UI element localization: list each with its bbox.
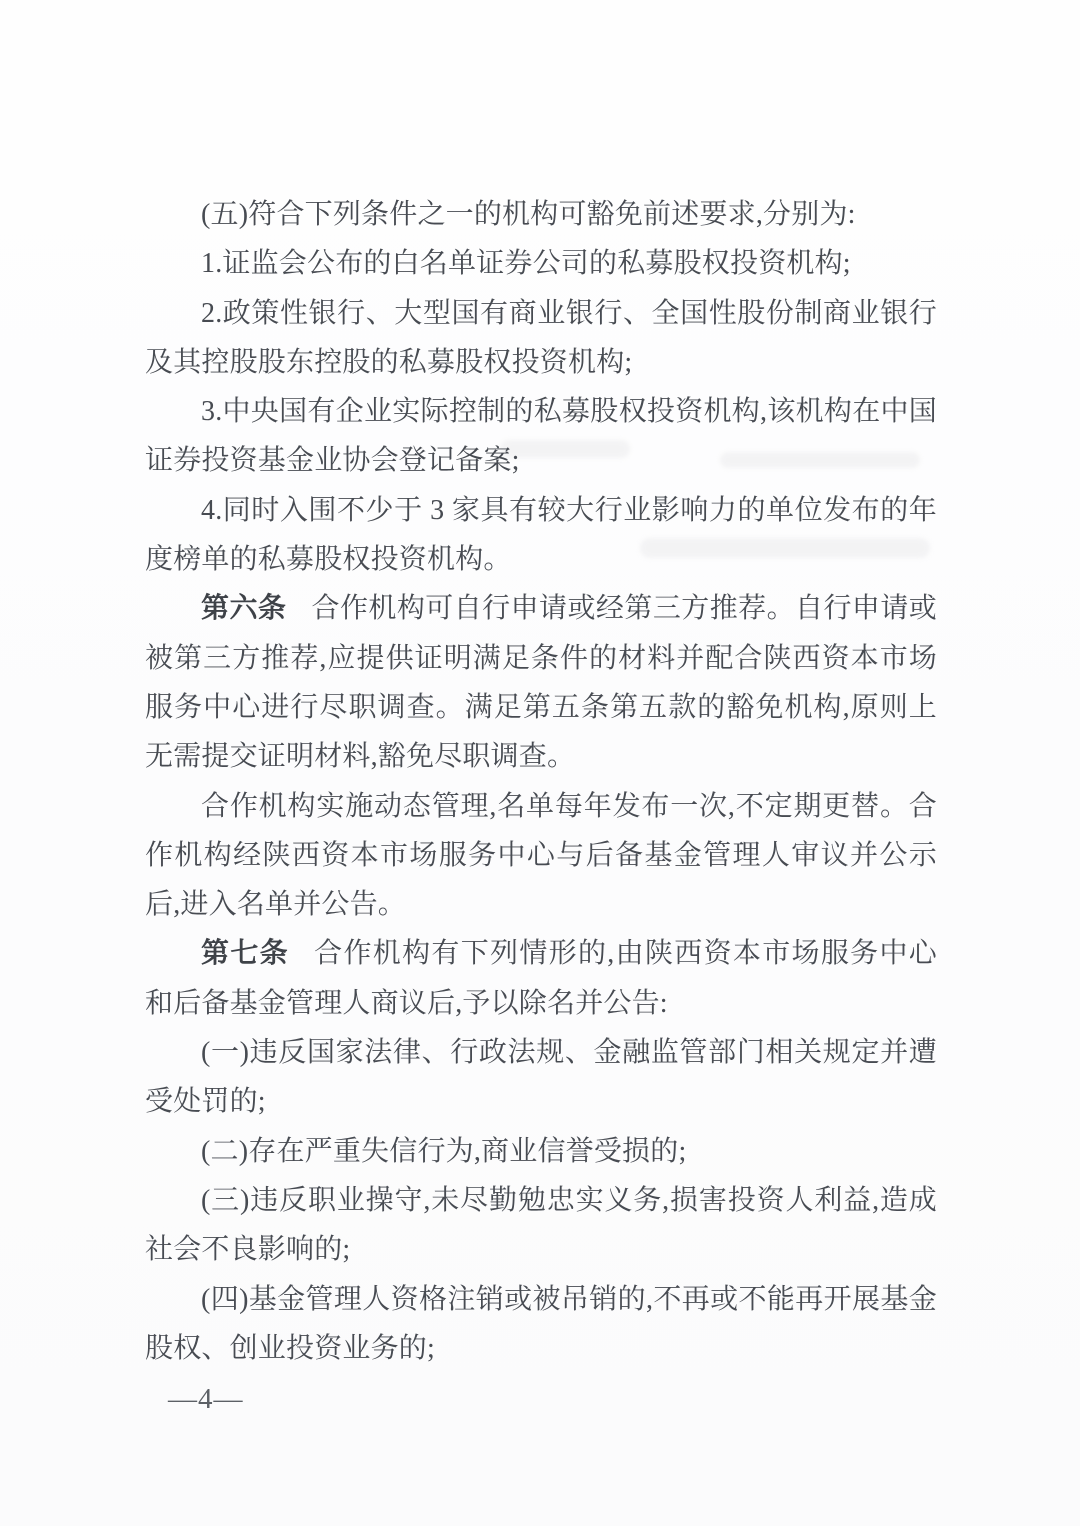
paragraph: (四)基金管理人资格注销或被吊销的,不再或不能再开展基金股权、创业投资业务的; — [145, 1275, 937, 1374]
paragraph-article-six: 第六条合作机构可自行申请或经第三方推荐。自行申请或被第三方推荐,应提供证明满足条… — [145, 584, 937, 781]
paragraph-text: 3.中央国有企业实际控制的私募股权投资机构,该机构在中国证券投资基金业协会登记备… — [145, 396, 937, 476]
document-page: (五)符合下列条件之一的机构可豁免前述要求,分别为: 1.证监会公布的白名单证券… — [0, 0, 1080, 1526]
paragraph-article-seven: 第七条合作机构有下列情形的,由陕西资本市场服务中心和后备基金管理人商议后,予以除… — [145, 929, 937, 1028]
paragraph-text: (四)基金管理人资格注销或被吊销的,不再或不能再开展基金股权、创业投资业务的; — [145, 1284, 937, 1364]
paragraph-text: (一)违反国家法律、行政法规、金融监管部门相关规定并遭受处罚的; — [145, 1037, 937, 1117]
paragraph-text: 合作机构实施动态管理,名单每年发布一次,不定期更替。合作机构经陕西资本市场服务中… — [145, 791, 937, 921]
paragraph: 2.政策性银行、大型国有商业银行、全国性股份制商业银行及其控股股东控股的私募股权… — [145, 289, 937, 388]
paragraph: (五)符合下列条件之一的机构可豁免前述要求,分别为: — [145, 190, 937, 239]
article-six-label: 第六条 — [201, 593, 286, 624]
paragraph-text: 2.政策性银行、大型国有商业银行、全国性股份制商业银行及其控股股东控股的私募股权… — [145, 298, 937, 378]
paragraph-text: (二)存在严重失信行为,商业信誉受损的; — [201, 1136, 686, 1167]
paragraph-text: 1.证监会公布的白名单证券公司的私募股权投资机构; — [201, 248, 851, 279]
page-number: —4— — [168, 1383, 244, 1416]
paragraph: 1.证监会公布的白名单证券公司的私募股权投资机构; — [145, 239, 937, 288]
paragraph-text: 4.同时入围不少于 3 家具有较大行业影响力的单位发布的年度榜单的私募股权投资机… — [145, 495, 937, 575]
paragraph: (三)违反职业操守,未尽勤勉忠实义务,损害投资人利益,造成社会不良影响的; — [145, 1176, 937, 1275]
article-seven-label: 第七条 — [201, 938, 289, 969]
paragraph: 4.同时入围不少于 3 家具有较大行业影响力的单位发布的年度榜单的私募股权投资机… — [145, 486, 937, 585]
paragraph: (一)违反国家法律、行政法规、金融监管部门相关规定并遭受处罚的; — [145, 1028, 937, 1127]
paragraph-text: (五)符合下列条件之一的机构可豁免前述要求,分别为: — [201, 199, 856, 230]
paragraph: (二)存在严重失信行为,商业信誉受损的; — [145, 1127, 937, 1176]
paragraph: 合作机构实施动态管理,名单每年发布一次,不定期更替。合作机构经陕西资本市场服务中… — [145, 782, 937, 930]
paragraph-text: (三)违反职业操守,未尽勤勉忠实义务,损害投资人利益,造成社会不良影响的; — [145, 1185, 937, 1265]
paragraph: 3.中央国有企业实际控制的私募股权投资机构,该机构在中国证券投资基金业协会登记备… — [145, 387, 937, 486]
document-body: (五)符合下列条件之一的机构可豁免前述要求,分别为: 1.证监会公布的白名单证券… — [145, 190, 937, 1373]
